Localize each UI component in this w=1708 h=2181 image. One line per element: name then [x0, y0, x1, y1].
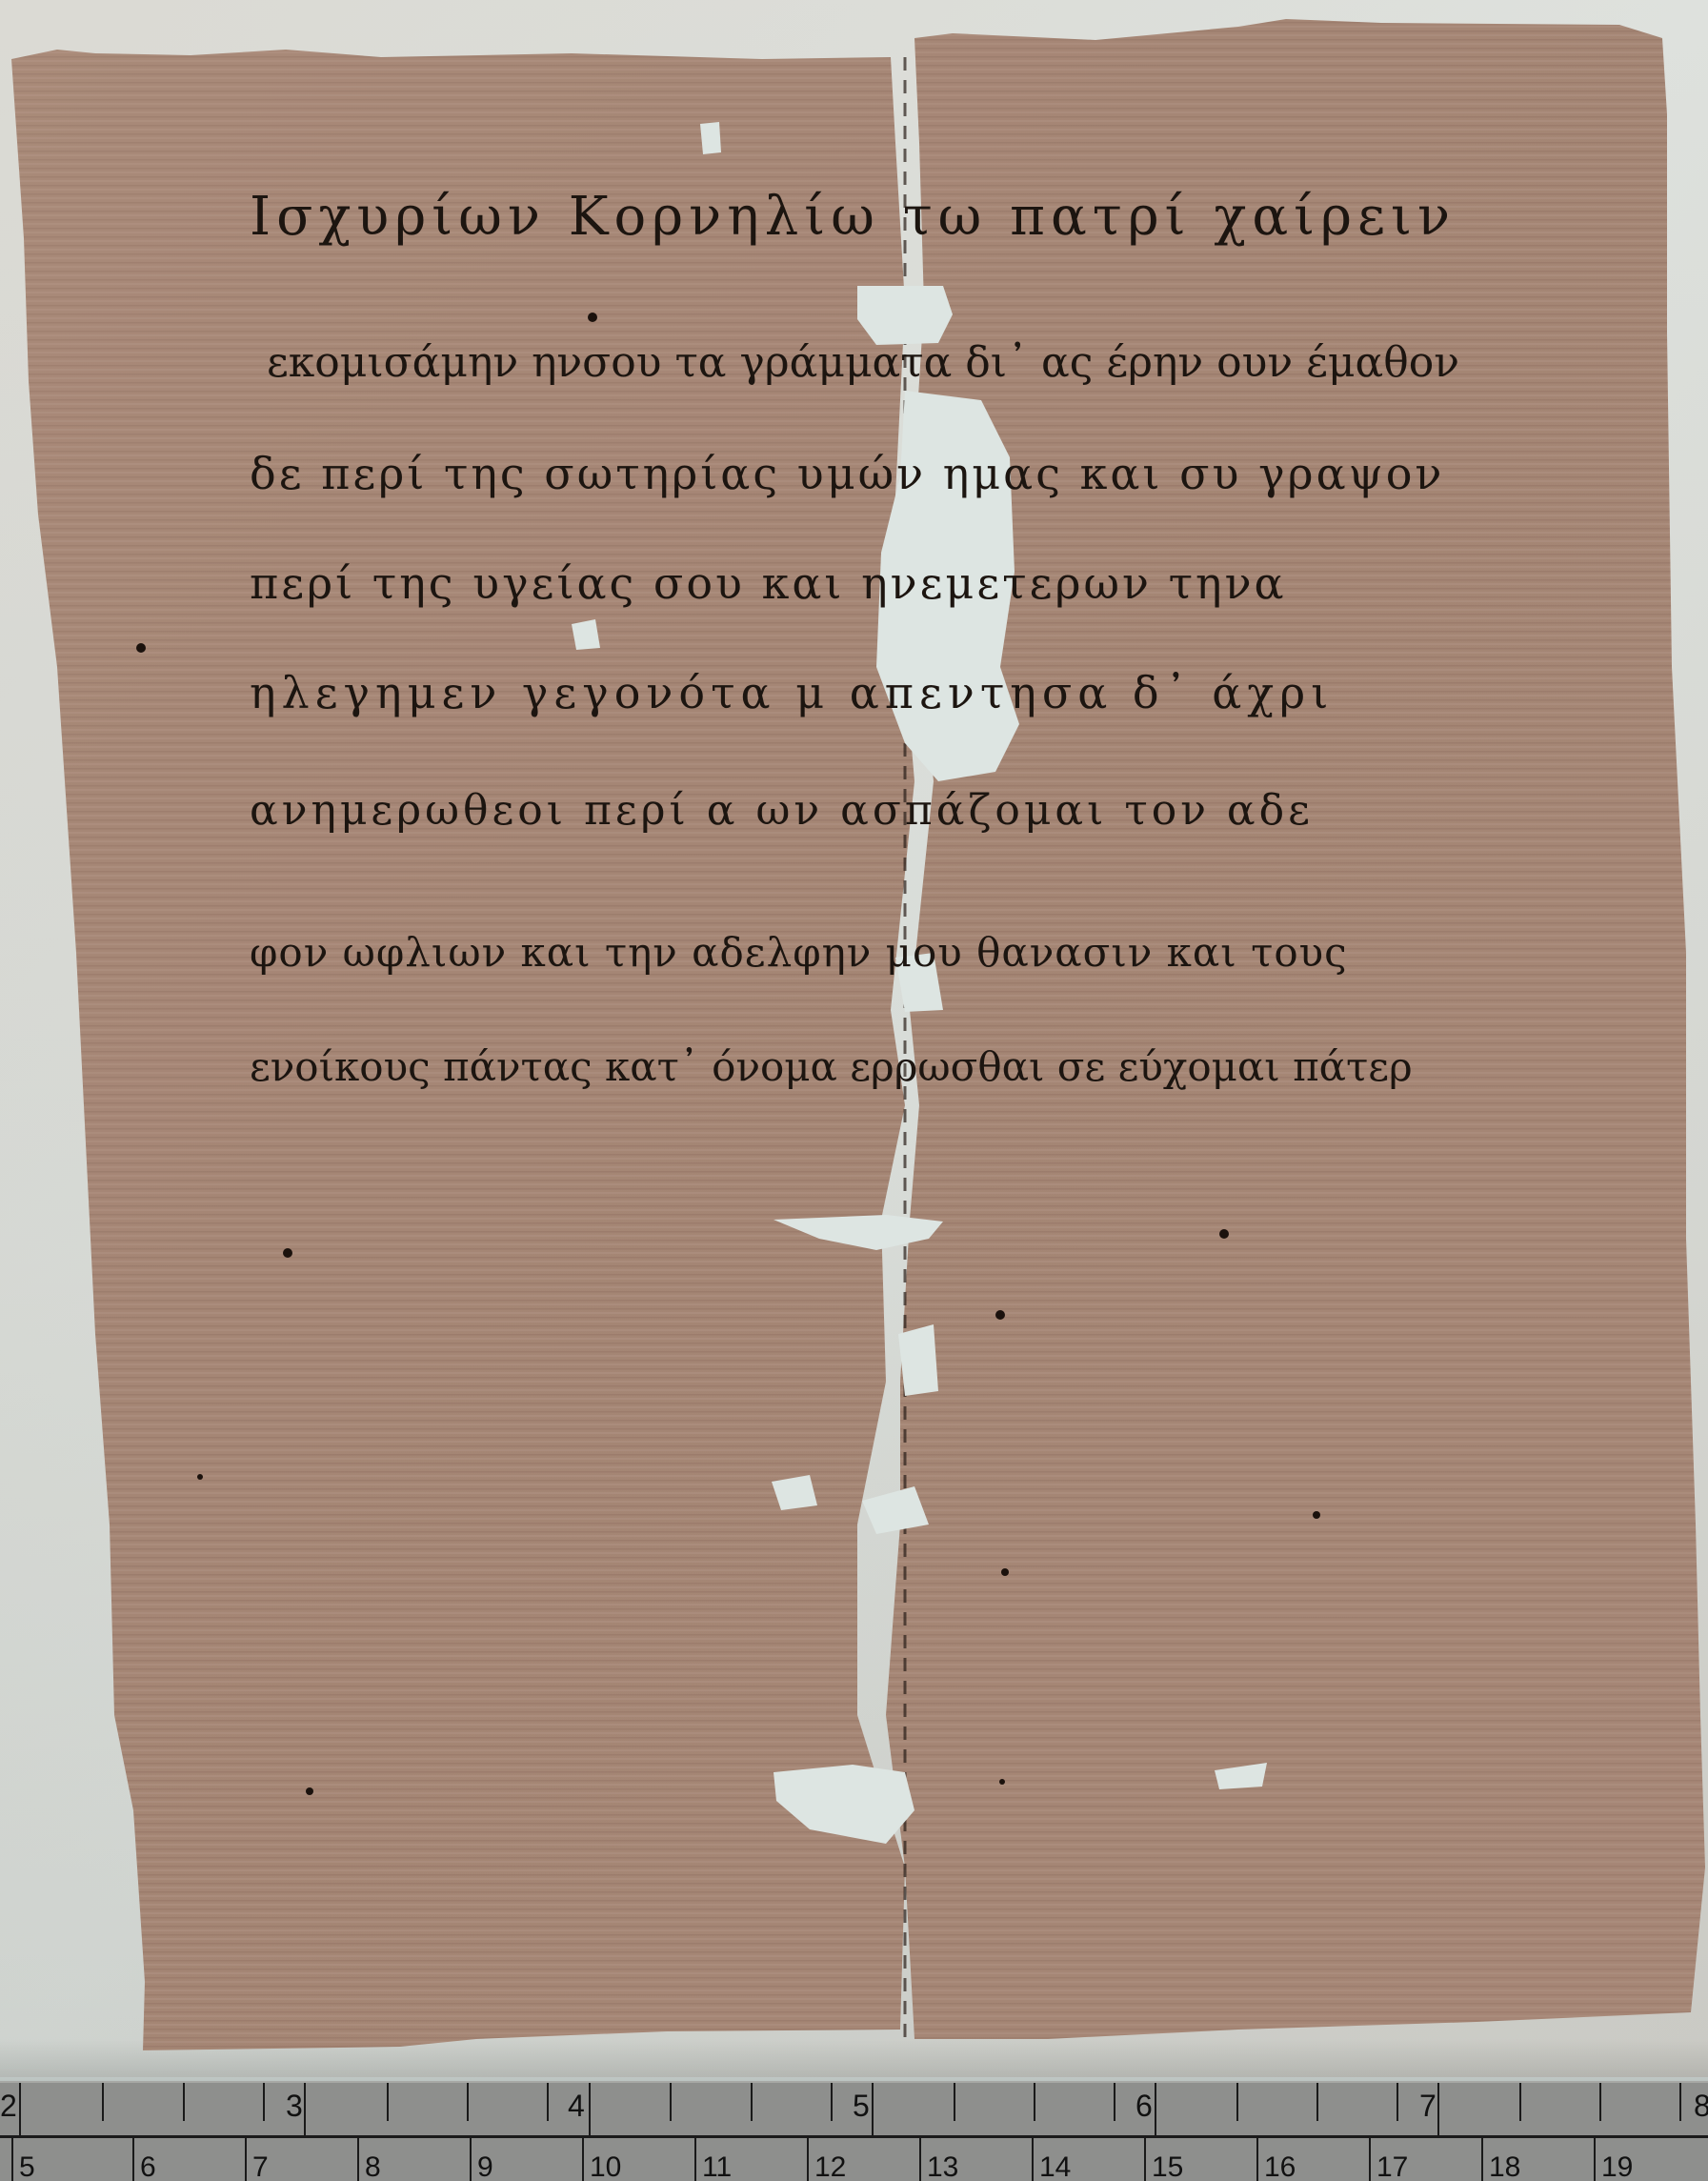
cm-label: 16 — [1264, 2151, 1296, 2181]
inch-tick — [1155, 2083, 1156, 2135]
manuscript-line-3: δε περί της σωτηρίας υμών ημας και συ γρ… — [250, 448, 1444, 499]
manuscript-line-2: εκομισάμην ηνσου τα γράμματα δι᾽ ας έρην… — [267, 338, 1459, 387]
ruler-midline — [0, 2135, 1708, 2138]
inch-label: 5 — [853, 2089, 870, 2124]
cm-label: 12 — [814, 2151, 846, 2181]
inch-label: 7 — [1419, 2089, 1437, 2124]
cm-label: 17 — [1376, 2151, 1408, 2181]
inch-tick — [304, 2083, 306, 2135]
cm-label: 13 — [927, 2151, 958, 2181]
inch-label: 8 — [1694, 2089, 1708, 2124]
manuscript-line-8: ενοίκους πάντας κατ᾽ όνομα ερρωσθαι σε ε… — [250, 1043, 1413, 1090]
cm-label: 9 — [477, 2151, 493, 2181]
manuscript-line-4: περί της υγείας σου και ηνεμετερων τηνα — [250, 557, 1287, 609]
cm-label: 8 — [365, 2151, 381, 2181]
cm-label: 11 — [702, 2151, 732, 2181]
manuscript-line-7: φον ωφλιων και την αδελφην μου θανασιν κ… — [250, 929, 1348, 976]
cm-label: 18 — [1489, 2151, 1520, 2181]
cm-label: 15 — [1152, 2151, 1183, 2181]
manuscript-line-6: ανημερωθεοι περί α ων ασπάζομαι τον αδε — [250, 786, 1314, 835]
measurement-ruler: 2 3 4 5 6 7 8 5 6 7 8 9 10 11 12 13 14 1… — [0, 2081, 1708, 2181]
cm-label: 6 — [140, 2151, 156, 2181]
inch-tick — [1437, 2083, 1439, 2135]
cm-label: 7 — [252, 2151, 269, 2181]
manuscript-line-1: Ισχυρίων Κορνηλίω τω πατρί χαίρειν — [250, 186, 1456, 248]
inch-tick — [872, 2083, 874, 2135]
cm-label: 14 — [1039, 2151, 1071, 2181]
inch-label: 4 — [568, 2089, 585, 2124]
cm-label: 10 — [590, 2151, 621, 2181]
inch-label: 3 — [286, 2089, 303, 2124]
papyrus-sheet — [0, 0, 1708, 2077]
cm-label: 5 — [19, 2151, 35, 2181]
manuscript-line-5: ηλεγημεν γεγονότα μ απεντησα δ᾽ άχρι — [250, 667, 1334, 718]
inch-tick — [589, 2083, 591, 2135]
inch-label: 6 — [1135, 2089, 1153, 2124]
inch-tick — [19, 2083, 21, 2135]
cm-label: 19 — [1601, 2151, 1633, 2181]
inch-label: 2 — [0, 2089, 17, 2124]
